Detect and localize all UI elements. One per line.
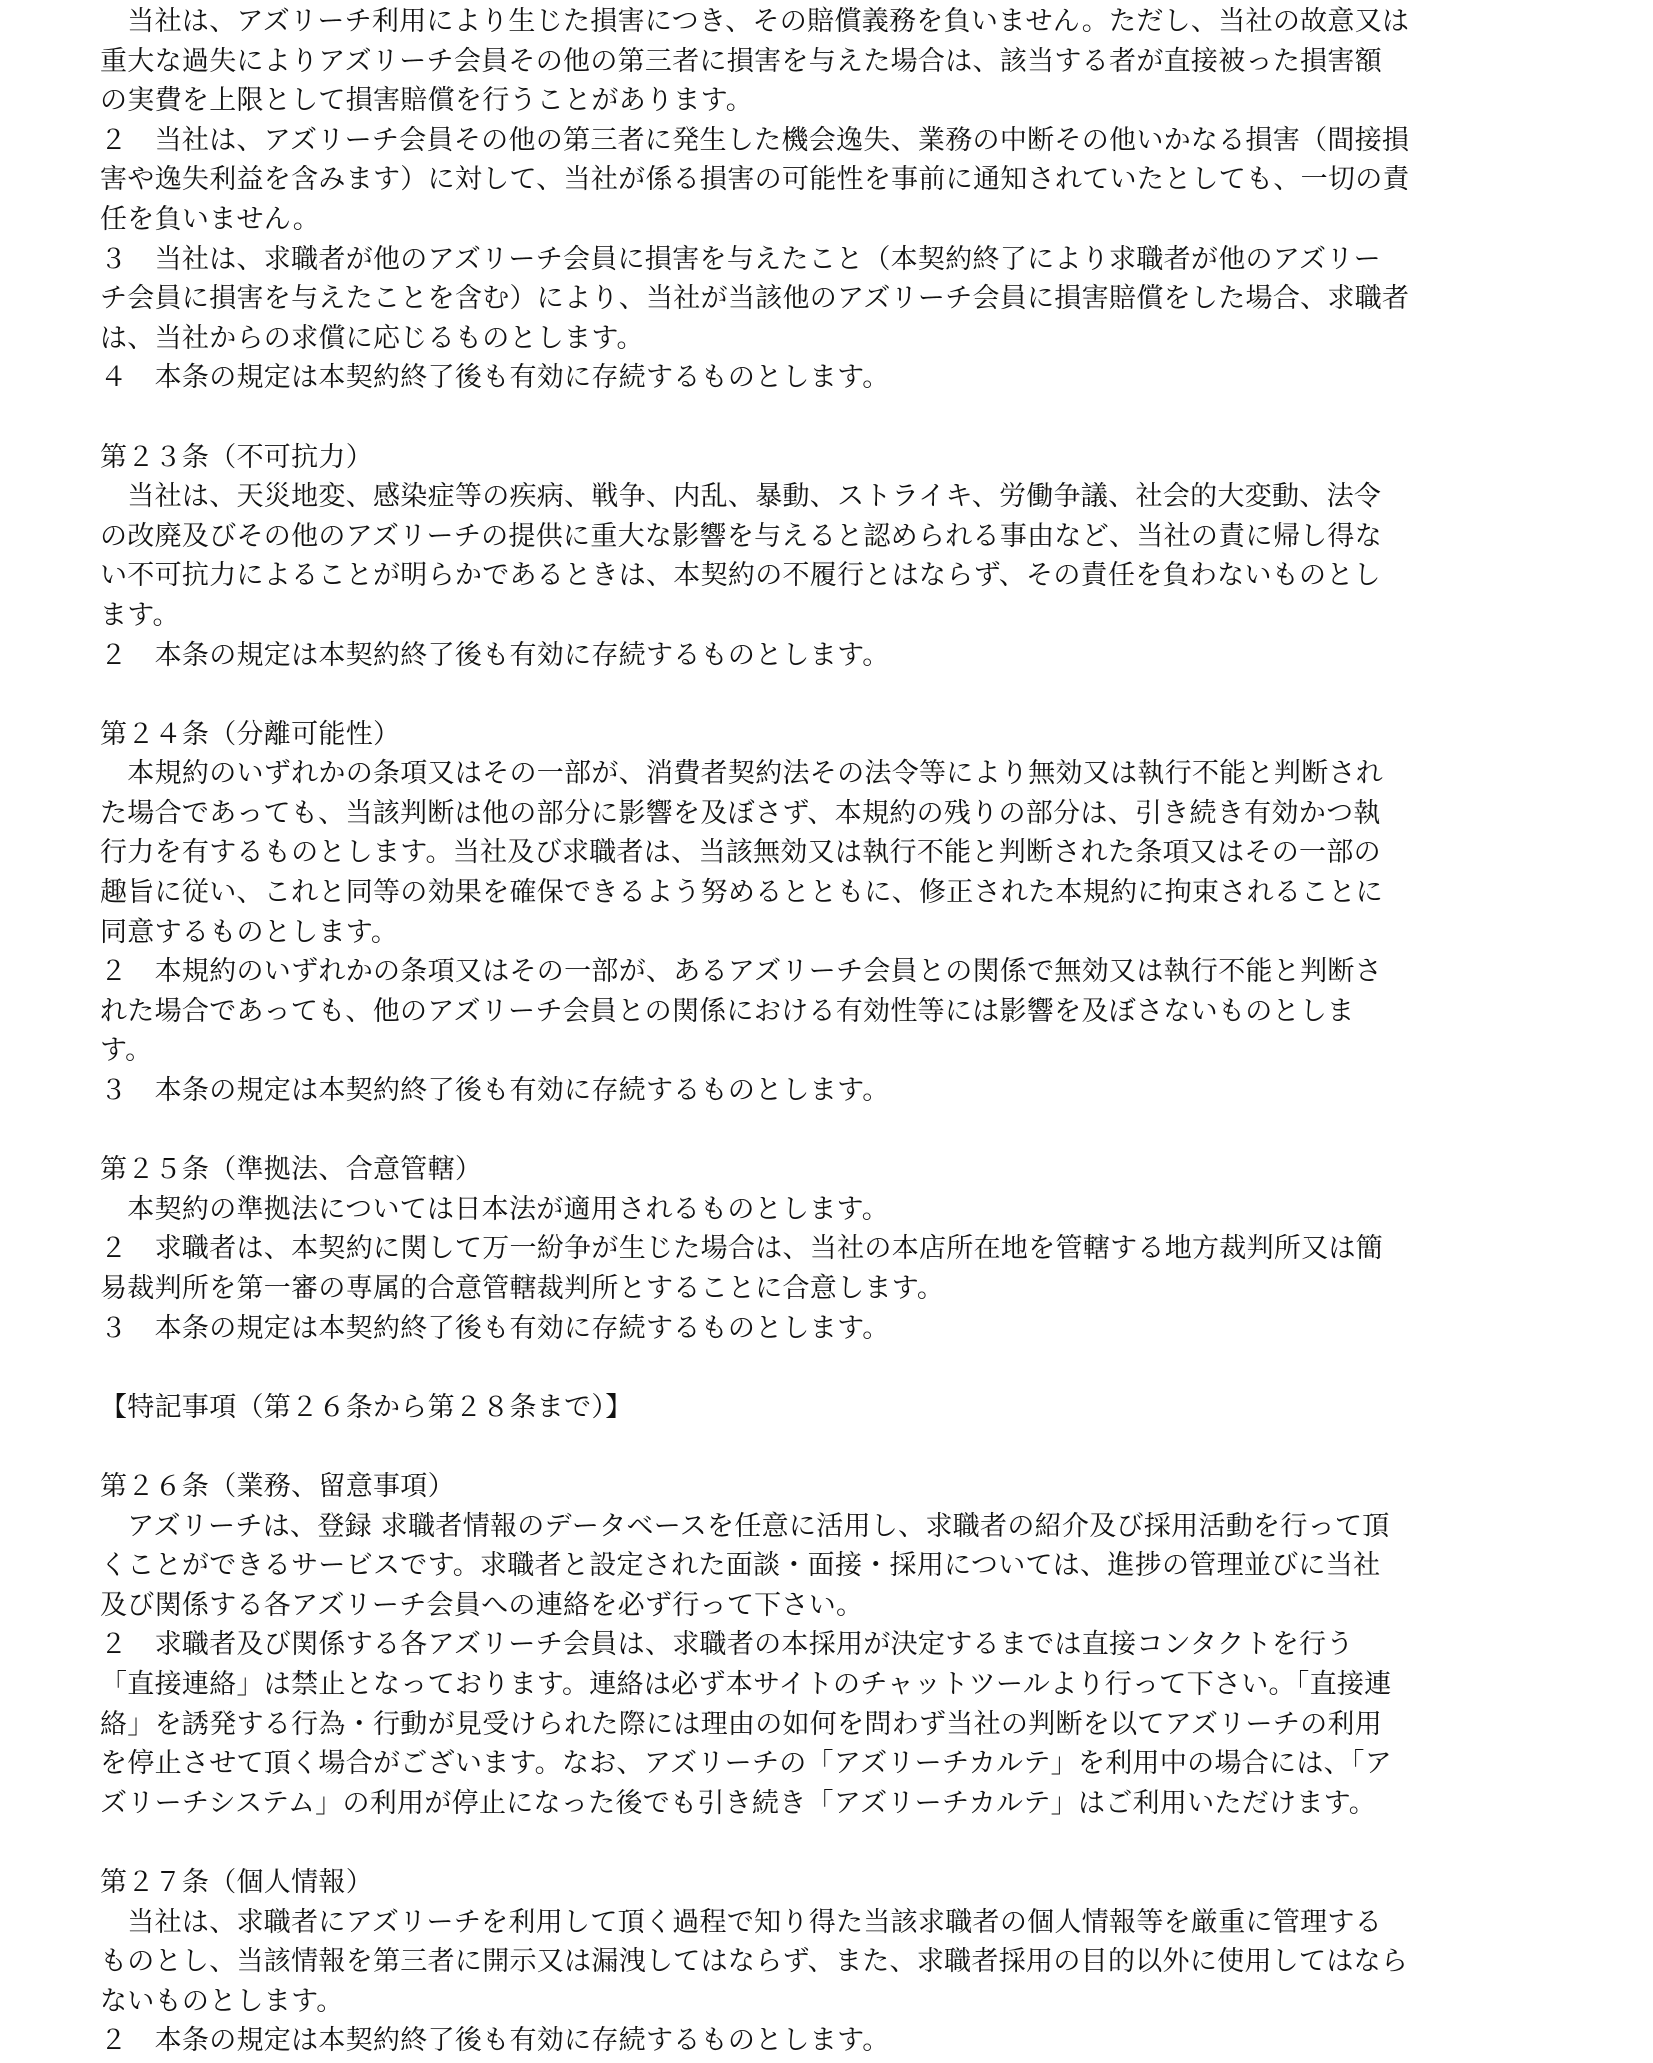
text-line: ３ 本条の規定は本契約終了後も有効に存続するものとします。 [100,1309,1620,1349]
text-line: ものとし、当該情報を第三者に開示又は漏洩してはならず、また、求職者採用の目的以外… [100,1942,1620,1982]
article-heading: 第２７条（個人情報） [100,1863,1620,1903]
text-line: た場合であっても、当該判断は他の部分に影響を及ぼさず、本規約の残りの部分は、引き… [100,794,1620,834]
text-line: 本規約のいずれかの条項又はその一部が、消費者契約法その法令等により無効又は執行不… [100,754,1620,794]
text-line: くことができるサービスです。求職者と設定された面談・面接・採用については、進捗の… [100,1546,1620,1586]
text-line: ます。 [100,596,1620,636]
blank-line [100,1823,1620,1863]
special-provisions-heading: 【特記事項（第２６条から第２８条まで）】 [100,1388,1620,1428]
article-heading: 第２６条（業務、留意事項） [100,1467,1620,1507]
article-25: 第２５条（準拠法、合意管轄） 本契約の準拠法については日本法が適用されるものとし… [100,1150,1620,1348]
text-line: の改廃及びその他のアズリーチの提供に重大な影響を与えると認められる事由など、当社… [100,517,1620,557]
blank-line [100,1348,1620,1388]
text-line: ３ 当社は、求職者が他のアズリーチ会員に損害を与えたこと（本契約終了により求職者… [100,240,1620,280]
text-line: 本契約の準拠法については日本法が適用されるものとします。 [100,1190,1620,1230]
text-line: 任を負いません。 [100,200,1620,240]
article-heading: 第２４条（分離可能性） [100,715,1620,755]
article-23: 第２３条（不可抗力） 当社は、天災地変、感染症等の疾病、戦争、内乱、暴動、ストラ… [100,438,1620,676]
document-page: 当社は、アズリーチ利用により生じた損害につき、その賠償義務を負いません。ただし、… [100,2,1620,2061]
article-27: 第２７条（個人情報） 当社は、求職者にアズリーチを利用して頂く過程で知り得た当該… [100,1863,1620,2061]
text-line: 重大な過失によりアズリーチ会員その他の第三者に損害を与えた場合は、該当する者が直… [100,42,1620,82]
text-line: ２ 本条の規定は本契約終了後も有効に存続するものとします。 [100,2021,1620,2061]
text-line: ３ 本条の規定は本契約終了後も有効に存続するものとします。 [100,1071,1620,1111]
text-line: 当社は、求職者にアズリーチを利用して頂く過程で知り得た当該求職者の個人情報等を厳… [100,1903,1620,1943]
text-line: 当社は、天災地変、感染症等の疾病、戦争、内乱、暴動、ストライキ、労働争議、社会的… [100,477,1620,517]
text-line: 同意するものとします。 [100,913,1620,953]
text-line: 当社は、アズリーチ利用により生じた損害につき、その賠償義務を負いません。ただし、… [100,2,1620,42]
article-heading: 【特記事項（第２６条から第２８条まで）】 [100,1388,1620,1428]
text-line: 害や逸失利益を含みます）に対して、当社が係る損害の可能性を事前に通知されていたと… [100,160,1620,200]
text-line: ２ 本規約のいずれかの条項又はその一部が、あるアズリーチ会員との関係で無効又は執… [100,952,1620,992]
text-line: 絡」を誘発する行為・行動が見受けられた際には理由の如何を問わず当社の判断を以てア… [100,1705,1620,1745]
text-line: アズリーチは、登録 求職者情報のデータベースを任意に活用し、求職者の紹介及び採用… [100,1507,1620,1547]
text-line: す。 [100,1031,1620,1071]
blank-line [100,1427,1620,1467]
text-line: 及び関係する各アズリーチ会員への連絡を必ず行って下さい。 [100,1586,1620,1626]
article-22-continued: 当社は、アズリーチ利用により生じた損害につき、その賠償義務を負いません。ただし、… [100,2,1620,398]
text-line: を停止させて頂く場合がございます。なお、アズリーチの「アズリーチカルテ」を利用中… [100,1744,1620,1784]
article-24: 第２４条（分離可能性） 本規約のいずれかの条項又はその一部が、消費者契約法その法… [100,715,1620,1111]
text-line: ズリーチシステム」の利用が停止になった後でも引き続き「アズリーチカルテ」はご利用… [100,1784,1620,1824]
text-line: 「直接連絡」は禁止となっております。連絡は必ず本サイトのチャットツールより行って… [100,1665,1620,1705]
text-line: れた場合であっても、他のアズリーチ会員との関係における有効性等には影響を及ぼさな… [100,992,1620,1032]
text-line: ２ 当社は、アズリーチ会員その他の第三者に発生した機会逸失、業務の中断その他いか… [100,121,1620,161]
blank-line [100,398,1620,438]
text-line: ないものとします。 [100,1982,1620,2022]
text-line: ２ 本条の規定は本契約終了後も有効に存続するものとします。 [100,636,1620,676]
text-line: 行力を有するものとします。当社及び求職者は、当該無効又は執行不能と判断された条項… [100,833,1620,873]
text-line: 易裁判所を第一審の専属的合意管轄裁判所とすることに合意します。 [100,1269,1620,1309]
article-heading: 第２５条（準拠法、合意管轄） [100,1150,1620,1190]
text-line: は、当社からの求償に応じるものとします。 [100,319,1620,359]
text-line: ２ 求職者及び関係する各アズリーチ会員は、求職者の本採用が決定するまでは直接コン… [100,1625,1620,1665]
text-line: い不可抗力によることが明らかであるときは、本契約の不履行とはならず、その責任を負… [100,556,1620,596]
blank-line [100,675,1620,715]
article-26: 第２６条（業務、留意事項） アズリーチは、登録 求職者情報のデータベースを任意に… [100,1467,1620,1823]
blank-line [100,1111,1620,1151]
text-line: の実費を上限として損害賠償を行うことがあります。 [100,81,1620,121]
text-line: 趣旨に従い、これと同等の効果を確保できるよう努めるとともに、修正された本規約に拘… [100,873,1620,913]
text-line: ４ 本条の規定は本契約終了後も有効に存続するものとします。 [100,358,1620,398]
text-line: チ会員に損害を与えたことを含む）により、当社が当該他のアズリーチ会員に損害賠償を… [100,279,1620,319]
article-heading: 第２３条（不可抗力） [100,438,1620,478]
text-line: ２ 求職者は、本契約に関して万一紛争が生じた場合は、当社の本店所在地を管轄する地… [100,1229,1620,1269]
